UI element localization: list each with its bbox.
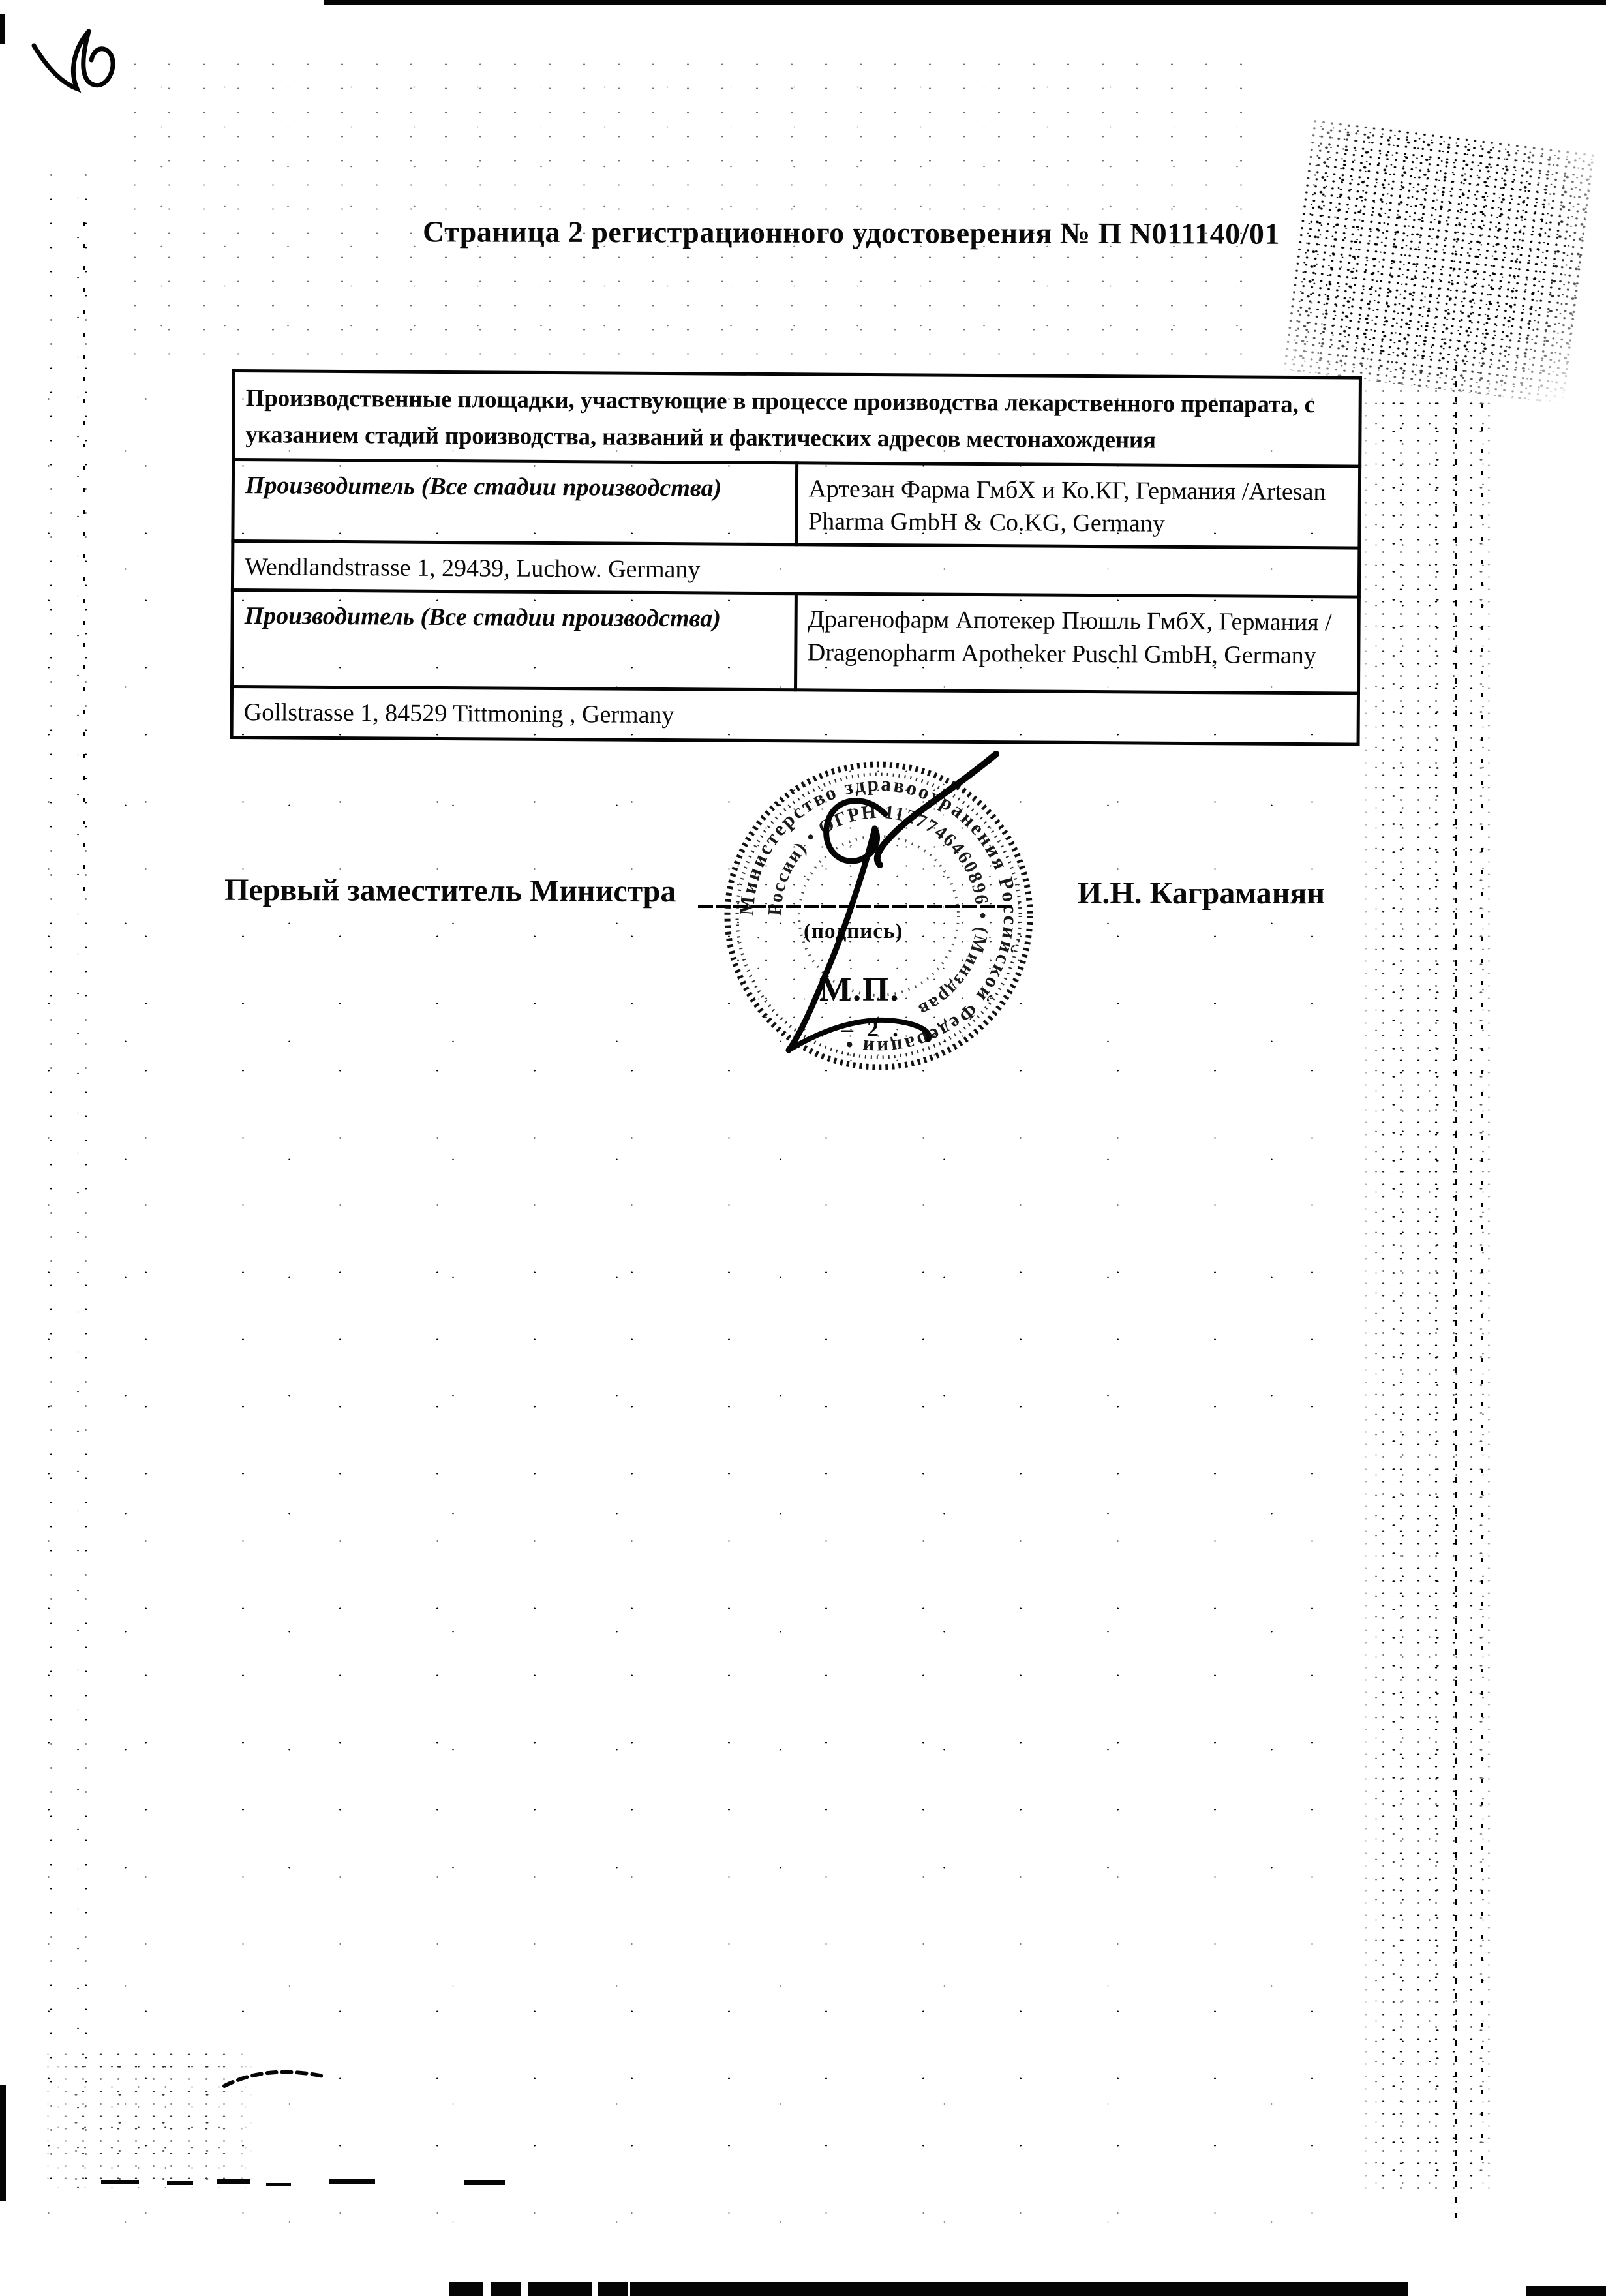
scan-edge-bar-bottom-seg [491,2282,521,2296]
page-title: Страница 2 регистрационного удостоверени… [423,214,1258,250]
table-row: Wendlandstrasse 1, 29439, Luchow. German… [232,541,1359,597]
signatory-name: И.Н. Каграманян [1078,875,1325,911]
official-round-stamp: Министерство здравоохранения Российской … [716,753,1042,1079]
table-row: Производитель (Все стадии производства) … [233,460,1360,549]
production-sites-table: Производственные площадки, участвующие в… [230,369,1362,746]
scan-dash [329,2179,375,2184]
scan-edge-bar-bottom-seg [449,2282,483,2296]
scan-edge-tick-left-lower [0,2085,6,2201]
scan-dash [464,2180,505,2185]
scan-edge-bar-bottom-right [1526,2286,1606,2296]
scan-arc-mark [222,2061,365,2100]
address-cell: Wendlandstrasse 1, 29439, Luchow. German… [232,541,1359,597]
scan-dash [167,2181,193,2185]
table-row: Производитель (Все стадии производства) … [232,590,1359,694]
scan-dash [101,2180,139,2184]
address-cell: Gollstrasse 1, 84529 Tittmoning , German… [232,687,1358,745]
table-row: Gollstrasse 1, 84529 Tittmoning , German… [232,687,1358,745]
manufacturer-label-cell: Производитель (Все стадии производства) [232,590,796,690]
scan-noise-vertical-line-2 [1481,404,1483,2166]
manufacturer-label-cell: Производитель (Все стадии производства) [233,460,796,545]
signatory-position: Первый заместитель Министра [224,872,676,909]
scan-edge-bar-bottom-seg [528,2282,592,2296]
table-header-cell: Производственные площадки, участвующие в… [234,371,1361,467]
scan-noise-right-band [1357,385,1497,2198]
scan-dash [266,2183,291,2186]
scanned-document-page: { "page": { "title": "Страница 2 регистр… [0,0,1606,2296]
manufacturer-value-cell: Артезан Фарма ГмбХ и Ко.КГ, Германия /Ar… [796,463,1359,549]
pen-mark [26,5,150,110]
scan-edge-line-top [324,0,1606,5]
scan-noise-left-margin [34,163,96,2192]
manufacturer-value-cell: Драгенофарм Апотекер Пюшль ГмбХ, Германи… [795,594,1359,693]
scan-noise-vertical-line [1455,365,1457,2218]
scan-edge-tick-left [0,14,5,44]
scan-dash [217,2179,250,2184]
scan-noise-left-dotted-line [83,222,85,894]
scan-noise-top-right [1280,117,1596,405]
table-row: Производственные площадки, участвующие в… [234,371,1361,467]
scan-edge-bar-bottom-seg [598,2282,628,2296]
scan-noise-header-area [117,52,1265,359]
scan-edge-bar-bottom [630,2282,1408,2296]
